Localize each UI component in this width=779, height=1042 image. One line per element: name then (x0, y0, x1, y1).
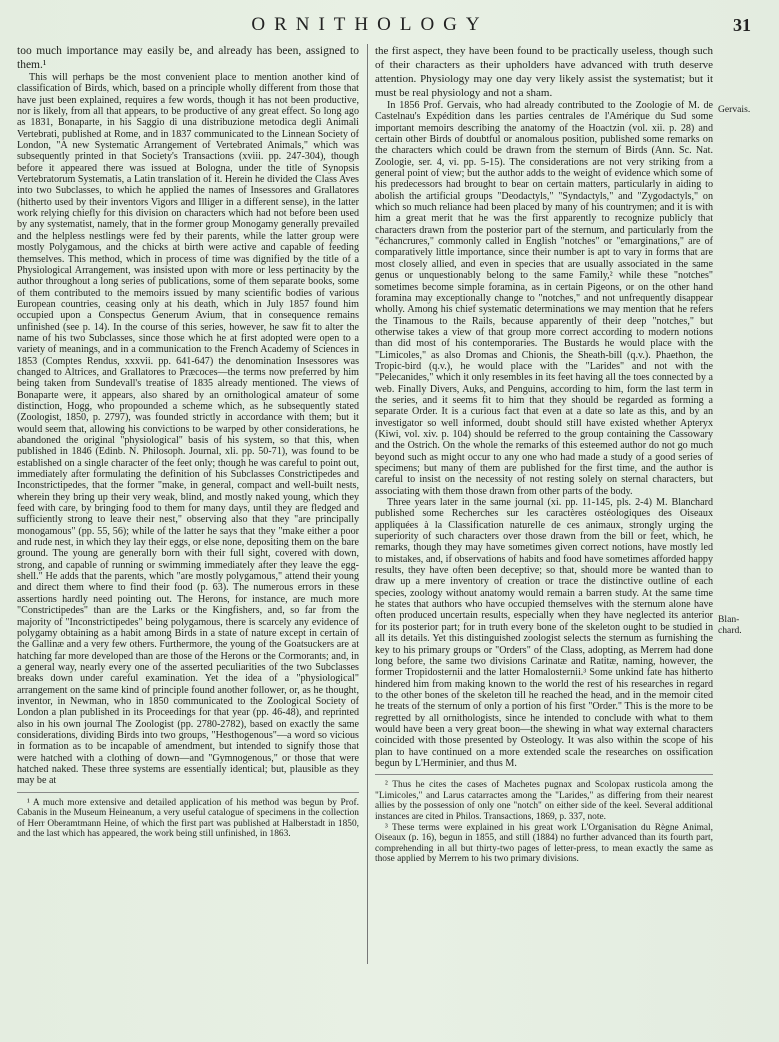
paragraph: In 1856 Prof. Gervais, who had already c… (375, 100, 713, 497)
paragraph: the first aspect, they have been found t… (375, 44, 713, 100)
paragraph: This will perhaps be the most convenient… (17, 72, 359, 787)
paragraph: too much importance may easily be, and a… (17, 44, 359, 72)
footnote: ² Thus he cites the cases of Machetes pu… (375, 780, 713, 822)
paragraph: Three years later in the same journal (x… (375, 497, 713, 769)
margin-note-blanchard-1: Blan- (718, 614, 739, 625)
page: ORNITHOLOGY 31 too much importance may e… (0, 0, 779, 1042)
right-column: the first aspect, they have been found t… (375, 44, 713, 865)
page-number: 31 (733, 15, 751, 36)
footnote-divider (375, 774, 713, 775)
column-divider (367, 44, 368, 964)
margin-note-gervais: Gervais. (718, 104, 750, 115)
footnote-divider (17, 792, 359, 793)
left-column: too much importance may easily be, and a… (17, 44, 359, 840)
running-head: ORNITHOLOGY (0, 14, 740, 36)
footnotes: ¹ A much more extensive and detailed app… (17, 798, 359, 840)
footnotes: ² Thus he cites the cases of Machetes pu… (375, 780, 713, 865)
footnote: ¹ A much more extensive and detailed app… (17, 798, 359, 840)
footnote: ³ These terms were explained in his grea… (375, 823, 713, 865)
margin-note-blanchard-2: chard. (718, 625, 742, 636)
